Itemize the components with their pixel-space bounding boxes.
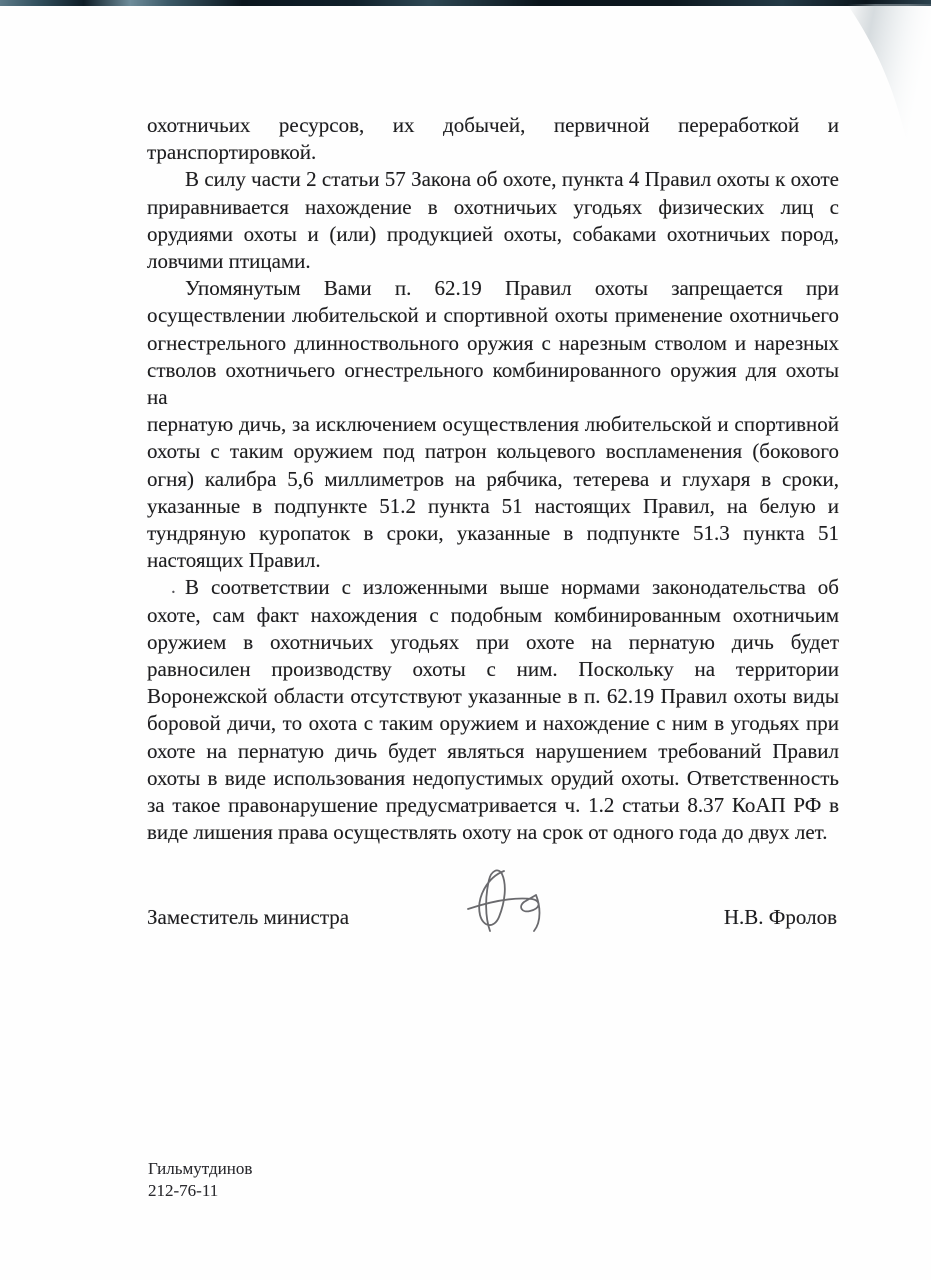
text-line: В силу части 2 статьи 57 Закона об охоте… [147,166,839,193]
text-line: приравнивается нахождение в охотничьих у… [147,194,839,221]
text-line: виде лишения права осуществлять охоту на… [147,819,839,846]
text-line: ловчими птицами. [147,248,839,275]
scan-top-edge-artifact [0,0,931,6]
text-line: .В соответствии с изложенными выше норма… [147,574,839,601]
text-line: охоте на пернатую дичь будет являться на… [147,738,839,765]
document-page: охотничьих ресурсов, их добычей, первичн… [0,0,931,1280]
text-line: огнестрельного длинноствольного оружия с… [147,330,839,357]
text-line: тундряную куропаток в сроки, указанные в… [147,520,839,547]
text-line: боровой дичи, то охота с таким оружием и… [147,710,839,737]
text-line: орудиями охоты и (или) продукцией охоты,… [147,221,839,248]
text-line: Упомянутым Вами п. 62.19 Правил охоты за… [147,275,839,302]
text-line: охоте, сам факт нахождения с подобным ко… [147,602,839,629]
signatory-name: Н.В. Фролов [724,905,837,930]
text-line: настоящих Правил. [147,547,839,574]
text-line: охоты с таким оружием под патрон кольцев… [147,438,839,465]
text-line: стволов охотничьего огнестрельного комби… [147,357,839,411]
body-text: охотничьих ресурсов, их добычей, первичн… [147,112,839,846]
stray-ink-mark: . [171,574,176,601]
text-line: оружием в охотничьих угодьях при охоте н… [147,629,839,656]
text-line: осуществлении любительской и спортивной … [147,302,839,329]
paragraph: охотничьих ресурсов, их добычей, первичн… [147,112,839,166]
footer-phone: 212-76-11 [148,1180,252,1202]
footer-executor-name: Гильмутдинов [148,1158,252,1180]
handwritten-signature-icon [452,865,556,947]
text-line: охоты в виде использования недопустимых … [147,765,839,792]
text-line: пернатую дичь, за исключением осуществле… [147,411,839,438]
text-line: за такое правонарушение предусматриваетс… [147,792,839,819]
text-line: транспортировкой. [147,139,839,166]
text-line: Воронежской области отсутствуют указанны… [147,683,839,710]
paragraph: Упомянутым Вами п. 62.19 Правил охоты за… [147,275,839,574]
text-line: равносилен производству охоты с ним. Пос… [147,656,839,683]
text-line: огня) калибра 5,6 миллиметров на рябчика… [147,466,839,493]
paragraph: .В соответствии с изложенными выше норма… [147,574,839,846]
text-line: указанные в подпункте 51.2 пункта 51 нас… [147,493,839,520]
footer-contact: Гильмутдинов 212-76-11 [148,1158,252,1202]
text-line: охотничьих ресурсов, их добычей, первичн… [147,112,839,139]
signatory-title: Заместитель министра [147,905,349,930]
paragraph: В силу части 2 статьи 57 Закона об охоте… [147,166,839,275]
signature-block: Заместитель министра Н.В. Фролов [147,893,839,979]
